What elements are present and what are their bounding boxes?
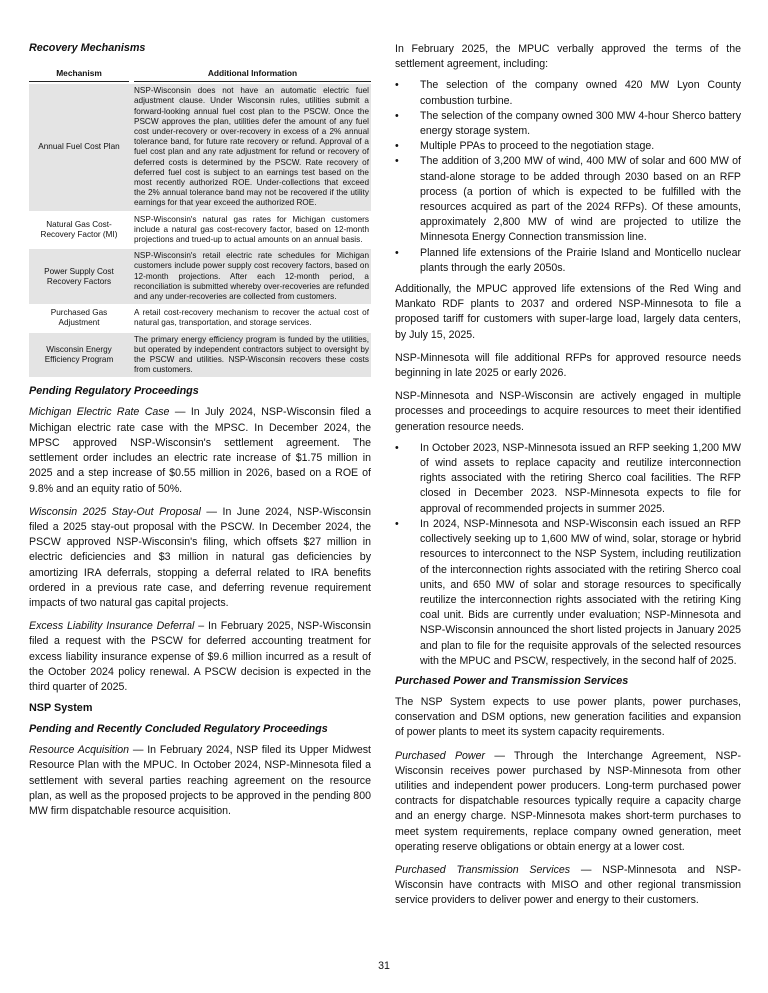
info-cell: The primary energy efficiency program is… [134, 333, 371, 378]
stay-out-proposal-paragraph: Wisconsin 2025 Stay-Out Proposal — In Ju… [29, 505, 371, 611]
info-cell: NSP-Wisconsin's natural gas rates for Mi… [134, 213, 371, 248]
table-header-row: Mechanism Additional Information [29, 66, 371, 82]
list-item: •In 2024, NSP-Minnesota and NSP-Wisconsi… [395, 517, 741, 669]
bullet-icon: • [395, 139, 399, 154]
info-cell: NSP-Wisconsin does not have an automatic… [134, 84, 371, 210]
settlement-bullet-list: •The selection of the company owned 420 … [395, 78, 741, 276]
right-column: In February 2025, the MPUC verbally appr… [395, 0, 741, 909]
michigan-rate-case-paragraph: Michigan Electric Rate Case — In July 20… [29, 405, 371, 496]
column-header-mechanism: Mechanism [29, 66, 129, 82]
mechanism-cell: Annual Fuel Cost Plan [29, 84, 129, 210]
additionally-paragraph: Additionally, the MPUC approved life ext… [395, 282, 741, 343]
table-row: Purchased Gas Adjustment A retail cost-r… [29, 306, 371, 330]
purchased-transmission-paragraph: Purchased Transmission Services — NSP-Mi… [395, 863, 741, 909]
stay-out-proposal-title: Wisconsin 2025 Stay-Out Proposal [29, 506, 201, 518]
list-item: •Planned life extensions of the Prairie … [395, 246, 741, 276]
pending-concluded-heading: Pending and Recently Concluded Regulator… [29, 722, 371, 737]
info-cell: A retail cost-recovery mechanism to reco… [134, 306, 371, 330]
settlement-intro: In February 2025, the MPUC verbally appr… [395, 42, 741, 72]
michigan-rate-case-title: Michigan Electric Rate Case [29, 406, 169, 418]
nsp-expects-paragraph: The NSP System expects to use power plan… [395, 695, 741, 741]
bullet-icon: • [395, 154, 399, 169]
recovery-mechanisms-heading: Recovery Mechanisms [29, 41, 371, 56]
left-column: Recovery Mechanisms Mechanism Additional… [29, 0, 371, 819]
bullet-icon: • [395, 246, 399, 261]
table-row: Power Supply Cost Recovery Factors NSP-W… [29, 249, 371, 304]
bullet-icon: • [395, 441, 399, 456]
purchased-power-title: Purchased Power [395, 750, 485, 762]
purchased-power-transmission-heading: Purchased Power and Transmission Service… [395, 674, 741, 689]
rfp-bullet-list: •In October 2023, NSP-Minnesota issued a… [395, 441, 741, 669]
mechanism-cell: Purchased Gas Adjustment [29, 306, 129, 330]
excess-liability-paragraph: Excess Liability Insurance Deferral – In… [29, 619, 371, 695]
list-item: •The selection of the company owned 420 … [395, 78, 741, 108]
table-row: Wisconsin Energy Efficiency Program The … [29, 333, 371, 378]
column-header-additional-info: Additional Information [134, 66, 371, 82]
list-item: •In October 2023, NSP-Minnesota issued a… [395, 441, 741, 517]
bullet-icon: • [395, 109, 399, 124]
nsp-system-heading: NSP System [29, 701, 371, 716]
mechanism-cell: Wisconsin Energy Efficiency Program [29, 333, 129, 378]
table-row: Natural Gas Cost-Recovery Factor (MI) NS… [29, 213, 371, 248]
excess-liability-title: Excess Liability Insurance Deferral [29, 620, 194, 632]
actively-engaged-paragraph: NSP-Minnesota and NSP-Wisconsin are acti… [395, 389, 741, 435]
purchased-power-paragraph: Purchased Power — Through the Interchang… [395, 749, 741, 855]
recovery-mechanisms-table: Mechanism Additional Information Annual … [29, 66, 371, 377]
table-row: Annual Fuel Cost Plan NSP-Wisconsin does… [29, 84, 371, 210]
info-cell: NSP-Wisconsin's retail electric rate sch… [134, 249, 371, 304]
bullet-icon: • [395, 78, 399, 93]
resource-acquisition-title: Resource Acquisition [29, 744, 129, 756]
list-item: •Multiple PPAs to proceed to the negotia… [395, 139, 741, 154]
page-number: 31 [0, 960, 768, 972]
resource-acquisition-paragraph: Resource Acquisition — In February 2024,… [29, 743, 371, 819]
list-item: •The selection of the company owned 300 … [395, 109, 741, 139]
mechanism-cell: Natural Gas Cost-Recovery Factor (MI) [29, 213, 129, 248]
additional-rfps-paragraph: NSP-Minnesota will file additional RFPs … [395, 351, 741, 381]
purchased-transmission-title: Purchased Transmission Services [395, 864, 570, 876]
list-item: •The addition of 3,200 MW of wind, 400 M… [395, 154, 741, 245]
bullet-icon: • [395, 517, 399, 532]
pending-regulatory-proceedings-heading: Pending Regulatory Proceedings [29, 384, 371, 399]
mechanism-cell: Power Supply Cost Recovery Factors [29, 249, 129, 304]
